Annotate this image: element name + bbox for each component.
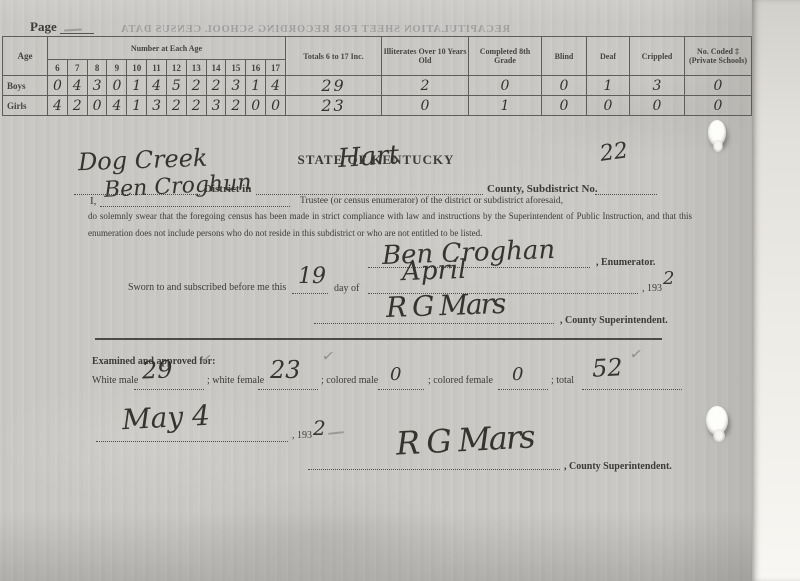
boys-age-16: 1 [246,76,266,96]
boys-deaf: 1 [587,76,630,96]
girls-coded: 0 [685,96,752,116]
age-col-14: 14 [206,60,226,76]
year-prefix: , 193 [642,283,662,294]
boys-age-9: 0 [107,76,127,96]
county-superintendent-label-approval: , County Superintendent. [564,461,672,472]
boys-age-15: 3 [226,76,246,96]
colored-male-value: 0 [390,366,401,384]
girls-crippled: 0 [630,96,685,116]
number-at-each-age-header: Number at Each Age [48,37,286,60]
white-male-value: 29 [142,357,173,382]
age-col-9: 9 [107,60,127,76]
girls-blind: 0 [542,96,587,116]
county-subdistrict-label: County, Subdistrict No. [487,183,598,195]
age-col-6: 6 [48,60,68,76]
deaf-header: Deaf [587,37,630,76]
girls-illiterates: 0 [382,96,469,116]
crippled-header: Crippled [630,37,685,76]
county-superintendent-label-affidavit: , County Superintendent. [560,315,668,326]
age-col-7: 7 [67,60,87,76]
approval-date-handwritten: May 4 [121,402,210,435]
total-label: ; total [551,375,574,386]
boys-age-12: 5 [166,76,186,96]
bleedthrough-mirrored-title: RECAPITULATION SHEET FOR RECORDING SCHOO… [175,24,510,35]
superintendent-signature-blank-approval [308,468,560,470]
boys-age-6: 0 [48,76,68,96]
boys-age-13: 2 [186,76,206,96]
totals-header: Totals 6 to 17 Inc. [286,37,382,76]
county-blank [256,193,483,195]
boys-row: Boys 0 4 3 0 1 4 5 2 2 3 1 4 29 2 0 0 1 … [3,76,752,96]
white-female-value: 23 [270,358,301,382]
girls-age-9: 4 [107,96,127,116]
checkmark-3: ✓ [629,344,644,364]
colored-female-value: 0 [512,366,523,384]
girls-row-label: Girls [3,96,48,116]
age-column-header: Age [3,37,48,76]
blind-header: Blind [542,37,587,76]
boys-age-7: 4 [67,76,87,96]
approval-year-prefix: , 193 [292,430,312,441]
page-number-blank [60,32,94,34]
girls-age-14: 3 [206,96,226,116]
boys-crippled: 3 [630,76,685,96]
checkmark-1: ✓ [199,349,214,369]
checkmark-2: ✓ [321,346,336,366]
girls-age-13: 2 [186,96,206,116]
page-label: Page [30,19,57,35]
scan-background-margin [752,0,800,581]
approval-date-blank [96,440,288,442]
white-male-label: White male [92,375,138,386]
torn-hole-bottom [706,406,728,435]
census-recap-table: Age Number at Each Age Totals 6 to 17 In… [2,36,752,116]
age-col-11: 11 [147,60,167,76]
scanned-census-form: Page RECAPITULATION SHEET FOR RECORDING … [0,0,800,581]
girls-age-8: 0 [87,96,107,116]
day-of-label: day of [334,283,359,294]
boys-age-11: 4 [147,76,167,96]
white-female-label: ; white female [207,375,264,386]
district-name-handwritten: Dog Creek [78,146,208,175]
illiterates-header: Illiterates Over 10 Years Old [382,37,469,76]
boys-blind: 0 [542,76,587,96]
white-male-blank [134,388,204,390]
boys-age-14: 2 [206,76,226,96]
approval-year-digit: 2 [313,418,326,438]
age-col-17: 17 [266,60,286,76]
boys-illiterates: 2 [382,76,469,96]
year-digit-handwritten: 2 [663,270,674,288]
superintendent-signature-affidavit: R G Mars [386,290,505,322]
subdistrict-number-handwritten: 22 [599,140,630,166]
colored-male-label: ; colored male [321,375,378,386]
age-col-10: 10 [127,60,147,76]
enumerator-label: , Enumerator. [596,257,655,268]
section-divider-line [95,338,662,340]
sworn-day-handwritten: 19 [298,266,326,288]
boys-age-10: 1 [127,76,147,96]
girls-age-11: 3 [147,96,167,116]
girls-age-12: 2 [166,96,186,116]
girls-row: Girls 4 2 0 4 1 3 2 2 3 2 0 0 23 0 1 0 0… [3,96,752,116]
coded-private-schools-header: No. Coded ‡ (Private Schools) [685,37,752,76]
age-col-12: 12 [166,60,186,76]
white-female-blank [258,388,318,390]
age-col-13: 13 [186,60,206,76]
girls-age-10: 1 [127,96,147,116]
boys-totals: 29 [286,76,382,96]
completed-grade-header: Completed 8th Grade [469,37,542,76]
superintendent-signature-approval: R G Mars [395,420,534,459]
table-header-row: Age Number at Each Age Totals 6 to 17 In… [3,37,752,60]
boys-age-17: 4 [266,76,286,96]
sworn-month-handwritten: April [402,257,467,285]
torn-hole-top [708,120,726,146]
age-col-8: 8 [87,60,107,76]
girls-totals: 23 [286,96,382,116]
enumerator-name-blank [100,205,290,207]
girls-age-16: 0 [246,96,266,116]
sworn-day-blank [292,292,328,294]
subdistrict-blank [595,193,657,195]
boys-coded: 0 [685,76,752,96]
colored-female-label: ; colored female [428,375,493,386]
total-value: 52 [591,355,623,381]
colored-female-blank [498,388,548,390]
girls-completed: 1 [469,96,542,116]
girls-age-15: 2 [226,96,246,116]
boys-row-label: Boys [3,76,48,96]
colored-male-blank [378,388,424,390]
girls-deaf: 0 [587,96,630,116]
i-label: I, [90,195,96,207]
trustee-text: Trustee (or census enumerator) of the di… [300,196,563,206]
boys-completed: 0 [469,76,542,96]
boys-age-8: 3 [87,76,107,96]
age-col-16: 16 [246,60,266,76]
girls-age-7: 2 [67,96,87,116]
oath-paragraph: do solemnly swear that the foregoing cen… [88,208,692,241]
sworn-label: Sworn to and subscribed before me this [128,282,286,293]
age-col-15: 15 [226,60,246,76]
girls-age-6: 4 [48,96,68,116]
total-blank [582,388,682,390]
county-name-handwritten: Hart [337,142,400,172]
superintendent-signature-blank [314,322,554,324]
girls-age-17: 0 [266,96,286,116]
